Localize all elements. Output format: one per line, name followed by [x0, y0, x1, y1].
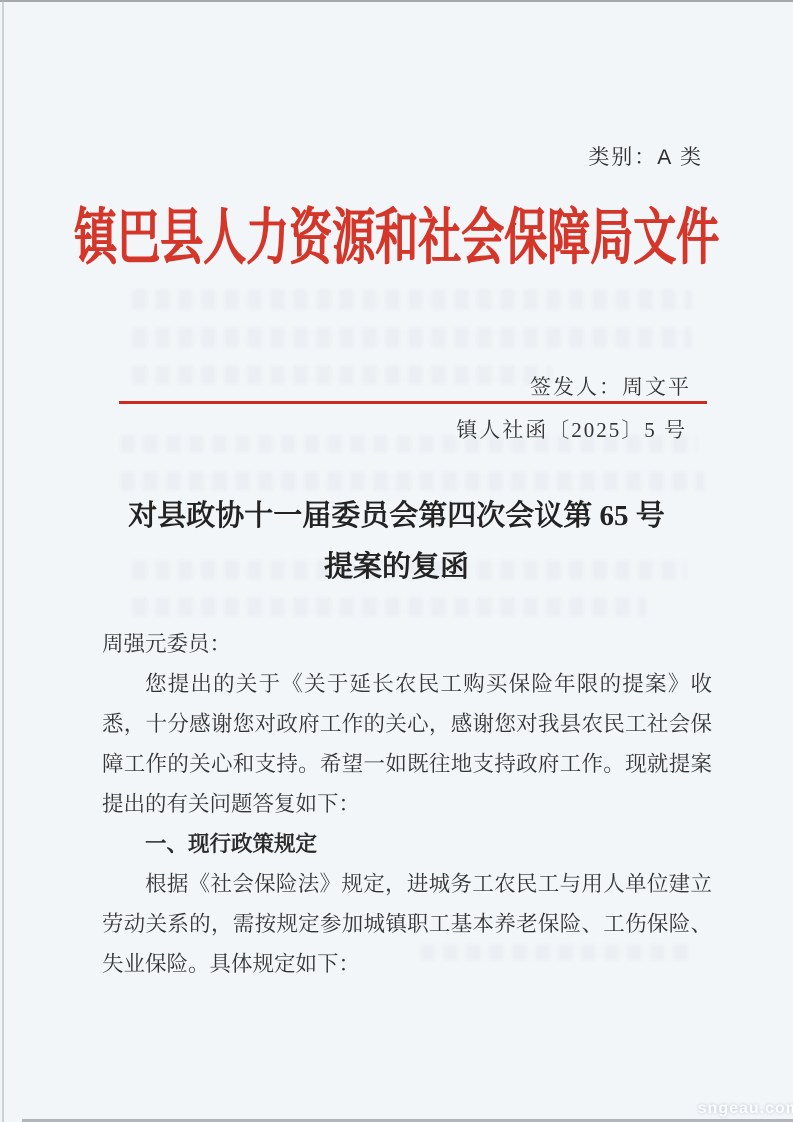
letter-title: 对县政协十一届委员会第四次会议第 65 号 提案的复函 — [0, 491, 793, 593]
scanned-document-page: 类别：A 类 镇巴县人力资源和社会保障局文件 签发人：周文平 镇人社函〔2025… — [0, 0, 793, 1122]
letter-paragraph: 您提出的关于《关于延长农民工购买保险年限的提案》收悉，十分感谢您对政府工作的关心… — [102, 664, 712, 824]
letter-section-heading: 一、现行政策规定 — [102, 824, 712, 864]
document-category-label: 类别：A 类 — [588, 141, 703, 171]
bleed-through-artifact — [120, 471, 705, 491]
letter-title-line2: 提案的复函 — [0, 542, 793, 593]
letter-salutation: 周强元委员： — [102, 624, 712, 664]
letterhead-red-rule — [119, 401, 707, 404]
site-watermark: sngeau.com — [698, 1100, 793, 1118]
letter-paragraph: 根据《社会保险法》规定，进城务工农民工与用人单位建立劳动关系的，需按规定参加城镇… — [102, 864, 712, 984]
scan-edge-top — [0, 0, 793, 2]
bleed-through-artifact — [132, 597, 647, 617]
bleed-through-artifact — [132, 289, 692, 310]
document-number: 镇人社函〔2025〕5 号 — [456, 414, 687, 444]
bleed-through-artifact — [132, 327, 692, 348]
letter-body: 周强元委员： 您提出的关于《关于延长农民工购买保险年限的提案》收悉，十分感谢您对… — [102, 624, 712, 984]
letterhead-agency-title: 镇巴县人力资源和社会保障局文件 — [0, 190, 793, 277]
issuer-line: 签发人：周文平 — [530, 371, 691, 401]
letter-title-line1: 对县政协十一届委员会第四次会议第 65 号 — [0, 491, 793, 542]
bleed-through-artifact — [132, 365, 552, 385]
